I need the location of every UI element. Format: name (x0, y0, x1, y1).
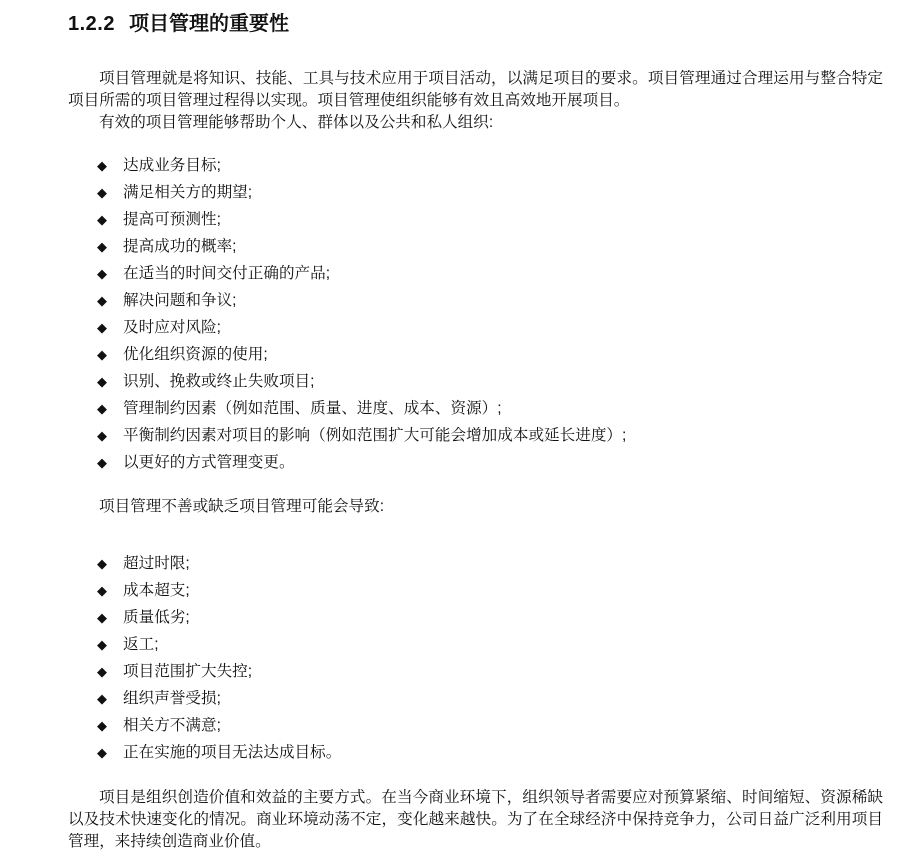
diamond-bullet-icon: ◆ (97, 550, 107, 577)
list-item-text: 管理制约因素（例如范围、质量、进度、成本、资源）; (123, 400, 502, 417)
list-item: ◆在适当的时间交付正确的产品; (68, 260, 883, 287)
list-item: ◆提高可预测性; (68, 206, 883, 233)
list-item: ◆管理制约因素（例如范围、质量、进度、成本、资源）; (68, 395, 883, 422)
list-item: ◆及时应对风险; (68, 314, 883, 341)
list-item: ◆正在实施的项目无法达成目标。 (68, 739, 883, 766)
diamond-bullet-icon: ◆ (97, 449, 107, 476)
list-item: ◆超过时限; (68, 550, 883, 577)
diamond-bullet-icon: ◆ (97, 422, 107, 449)
diamond-bullet-icon: ◆ (97, 152, 107, 179)
list-item-text: 平衡制约因素对项目的影响（例如范围扩大可能会增加成本或延长进度）; (123, 427, 626, 444)
diamond-bullet-icon: ◆ (97, 314, 107, 341)
section-title: 项目管理的重要性 (129, 13, 289, 35)
consequences-list: ◆超过时限;◆成本超支;◆质量低劣;◆返工;◆项目范围扩大失控;◆组织声誉受损;… (68, 550, 883, 766)
list-item: ◆达成业务目标; (68, 152, 883, 179)
diamond-bullet-icon: ◆ (97, 739, 107, 766)
list-item-text: 组织声誉受损; (123, 690, 221, 707)
list-item: ◆提高成功的概率; (68, 233, 883, 260)
list-item-text: 以更好的方式管理变更。 (123, 454, 295, 471)
diamond-bullet-icon: ◆ (97, 368, 107, 395)
diamond-bullet-icon: ◆ (97, 341, 107, 368)
diamond-bullet-icon: ◆ (97, 604, 107, 631)
list-item: ◆组织声誉受损; (68, 685, 883, 712)
diamond-bullet-icon: ◆ (97, 260, 107, 287)
section-number: 1.2.2 (68, 13, 115, 35)
list-item-text: 解决问题和争议; (123, 292, 237, 309)
list-item: ◆以更好的方式管理变更。 (68, 449, 883, 476)
section-heading: 1.2.2项目管理的重要性 (68, 12, 883, 37)
document-page: 1.2.2项目管理的重要性 项目管理就是将知识、技能、工具与技术应用于项目活动，… (0, 0, 902, 857)
list-item-text: 质量低劣; (123, 609, 190, 626)
diamond-bullet-icon: ◆ (97, 206, 107, 233)
paragraph-closing: 项目是组织创造价值和效益的主要方式。在当今商业环境下，组织领导者需要应对预算紧缩… (68, 787, 883, 853)
diamond-bullet-icon: ◆ (97, 287, 107, 314)
list-item-text: 提高可预测性; (123, 211, 221, 228)
list-item-text: 在适当的时间交付正确的产品; (123, 265, 330, 282)
paragraph-intro: 项目管理就是将知识、技能、工具与技术应用于项目活动，以满足项目的要求。项目管理通… (68, 68, 883, 112)
diamond-bullet-icon: ◆ (97, 658, 107, 685)
list-item: ◆平衡制约因素对项目的影响（例如范围扩大可能会增加成本或延长进度）; (68, 422, 883, 449)
diamond-bullet-icon: ◆ (97, 395, 107, 422)
list-item: ◆返工; (68, 631, 883, 658)
list-item-text: 返工; (123, 636, 159, 653)
list-item: ◆满足相关方的期望; (68, 179, 883, 206)
list-item: ◆识别、挽救或终止失败项目; (68, 368, 883, 395)
diamond-bullet-icon: ◆ (97, 712, 107, 739)
list-item-text: 成本超支; (123, 582, 190, 599)
list-item-text: 超过时限; (123, 555, 190, 572)
list-item: ◆优化组织资源的使用; (68, 341, 883, 368)
list-item-text: 识别、挽救或终止失败项目; (123, 373, 314, 390)
diamond-bullet-icon: ◆ (97, 631, 107, 658)
list-item: ◆质量低劣; (68, 604, 883, 631)
list-item-text: 优化组织资源的使用; (123, 346, 268, 363)
list-item: ◆成本超支; (68, 577, 883, 604)
list-item-text: 达成业务目标; (123, 157, 221, 174)
diamond-bullet-icon: ◆ (97, 685, 107, 712)
paragraph-benefits-lead: 有效的项目管理能够帮助个人、群体以及公共和私人组织: (68, 112, 883, 134)
list-item-text: 及时应对风险; (123, 319, 221, 336)
diamond-bullet-icon: ◆ (97, 179, 107, 206)
paragraph-poor-management-lead: 项目管理不善或缺乏项目管理可能会导致: (68, 496, 883, 518)
list-item-text: 正在实施的项目无法达成目标。 (123, 744, 341, 761)
list-item-text: 项目范围扩大失控; (123, 663, 252, 680)
list-item: ◆项目范围扩大失控; (68, 658, 883, 685)
list-item-text: 相关方不满意; (123, 717, 221, 734)
benefits-list: ◆达成业务目标;◆满足相关方的期望;◆提高可预测性;◆提高成功的概率;◆在适当的… (68, 152, 883, 476)
list-item: ◆解决问题和争议; (68, 287, 883, 314)
list-item: ◆相关方不满意; (68, 712, 883, 739)
list-item-text: 满足相关方的期望; (123, 184, 252, 201)
diamond-bullet-icon: ◆ (97, 233, 107, 260)
diamond-bullet-icon: ◆ (97, 577, 107, 604)
list-item-text: 提高成功的概率; (123, 238, 237, 255)
